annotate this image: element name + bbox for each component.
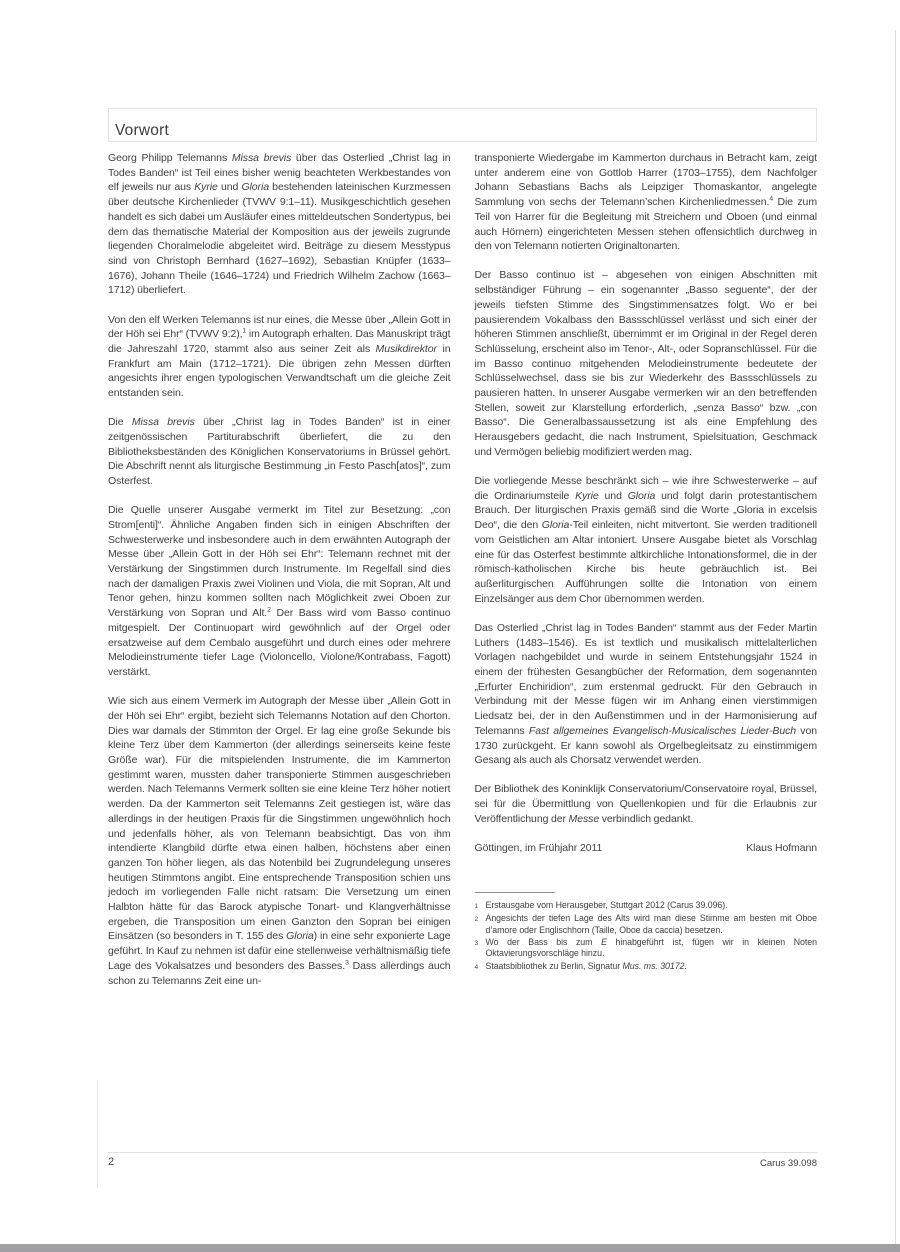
footnote-number: 1: [475, 900, 486, 912]
scanned-preface-page: { "title": "Vorwort", "columns": { "left…: [0, 0, 900, 1252]
scan-edge-left: [97, 1080, 98, 1188]
signature-author: Klaus Hofmann: [746, 841, 817, 856]
paragraph: Der Bibliothek des Koninklijk Conservato…: [475, 782, 818, 826]
scan-bottom-band: [0, 1244, 900, 1252]
paragraph: Die Quelle unserer Ausgabe vermerkt im T…: [108, 503, 451, 679]
left-column-paragraphs: Georg Philipp Telemanns Missa brevis übe…: [108, 151, 451, 988]
page-footer: 2 Carus 39.098: [108, 1156, 817, 1169]
right-column: transponierte Wiedergabe im Kammerton du…: [475, 151, 818, 1003]
paragraph: Von den elf Werken Telemanns ist nur ein…: [108, 313, 451, 401]
paragraph: Wie sich aus einem Vermerk im Autograph …: [108, 694, 451, 988]
footnote-number: 2: [475, 913, 486, 936]
footnote-number: 3: [475, 937, 486, 960]
left-column: Georg Philipp Telemanns Missa brevis übe…: [108, 151, 451, 1003]
paragraph: Die Missa brevis über „Christ lag in Tod…: [108, 415, 451, 489]
paragraph: Der Basso continuo ist – abgesehen von e…: [475, 268, 818, 459]
footnote-text: Erstausgabe vom Herausgeber, Stuttgart 2…: [486, 900, 818, 912]
footnote: 3Wo der Bass bis zum E hinabgeführt ist,…: [475, 937, 818, 960]
footnote: 2Angesichts der tiefen Lage des Alts wir…: [475, 913, 818, 936]
signature-place-date: Göttingen, im Frühjahr 2011: [475, 841, 603, 856]
right-column-paragraphs: transponierte Wiedergabe im Kammerton du…: [475, 151, 818, 827]
paragraph: Georg Philipp Telemanns Missa brevis übe…: [108, 151, 451, 298]
paragraph: Das Osterlied „Christ lag in Todes Bande…: [475, 621, 818, 768]
paragraph: transponierte Wiedergabe im Kammerton du…: [475, 151, 818, 254]
page-number: 2: [108, 1156, 114, 1168]
two-column-text: Georg Philipp Telemanns Missa brevis übe…: [108, 151, 817, 1003]
page-content: Vorwort Georg Philipp Telemanns Missa br…: [108, 108, 817, 1003]
preface-title-box: Vorwort: [108, 108, 817, 142]
footnote-text: Angesichts der tiefen Lage des Alts wird…: [486, 913, 818, 936]
footnote-text: Wo der Bass bis zum E hinabgeführt ist, …: [486, 937, 818, 960]
footnote-number: 4: [475, 961, 486, 973]
footnote-text: Staatsbibliothek zu Berlin, Signatur Mus…: [486, 961, 818, 973]
page-title: Vorwort: [115, 123, 169, 139]
paragraph: Die vorliegende Messe beschränkt sich – …: [475, 474, 818, 606]
catalog-number: Carus 39.098: [760, 1156, 817, 1169]
scan-edge-right: [895, 30, 896, 1244]
footnote: 1Erstausgabe vom Herausgeber, Stuttgart …: [475, 900, 818, 912]
footnotes: 1Erstausgabe vom Herausgeber, Stuttgart …: [475, 900, 818, 973]
signature-row: Göttingen, im Frühjahr 2011 Klaus Hofman…: [475, 841, 818, 856]
footer-rule: [108, 1152, 817, 1153]
footnote-separator-rule: [475, 892, 555, 893]
footnote: 4Staatsbibliothek zu Berlin, Signatur Mu…: [475, 961, 818, 973]
